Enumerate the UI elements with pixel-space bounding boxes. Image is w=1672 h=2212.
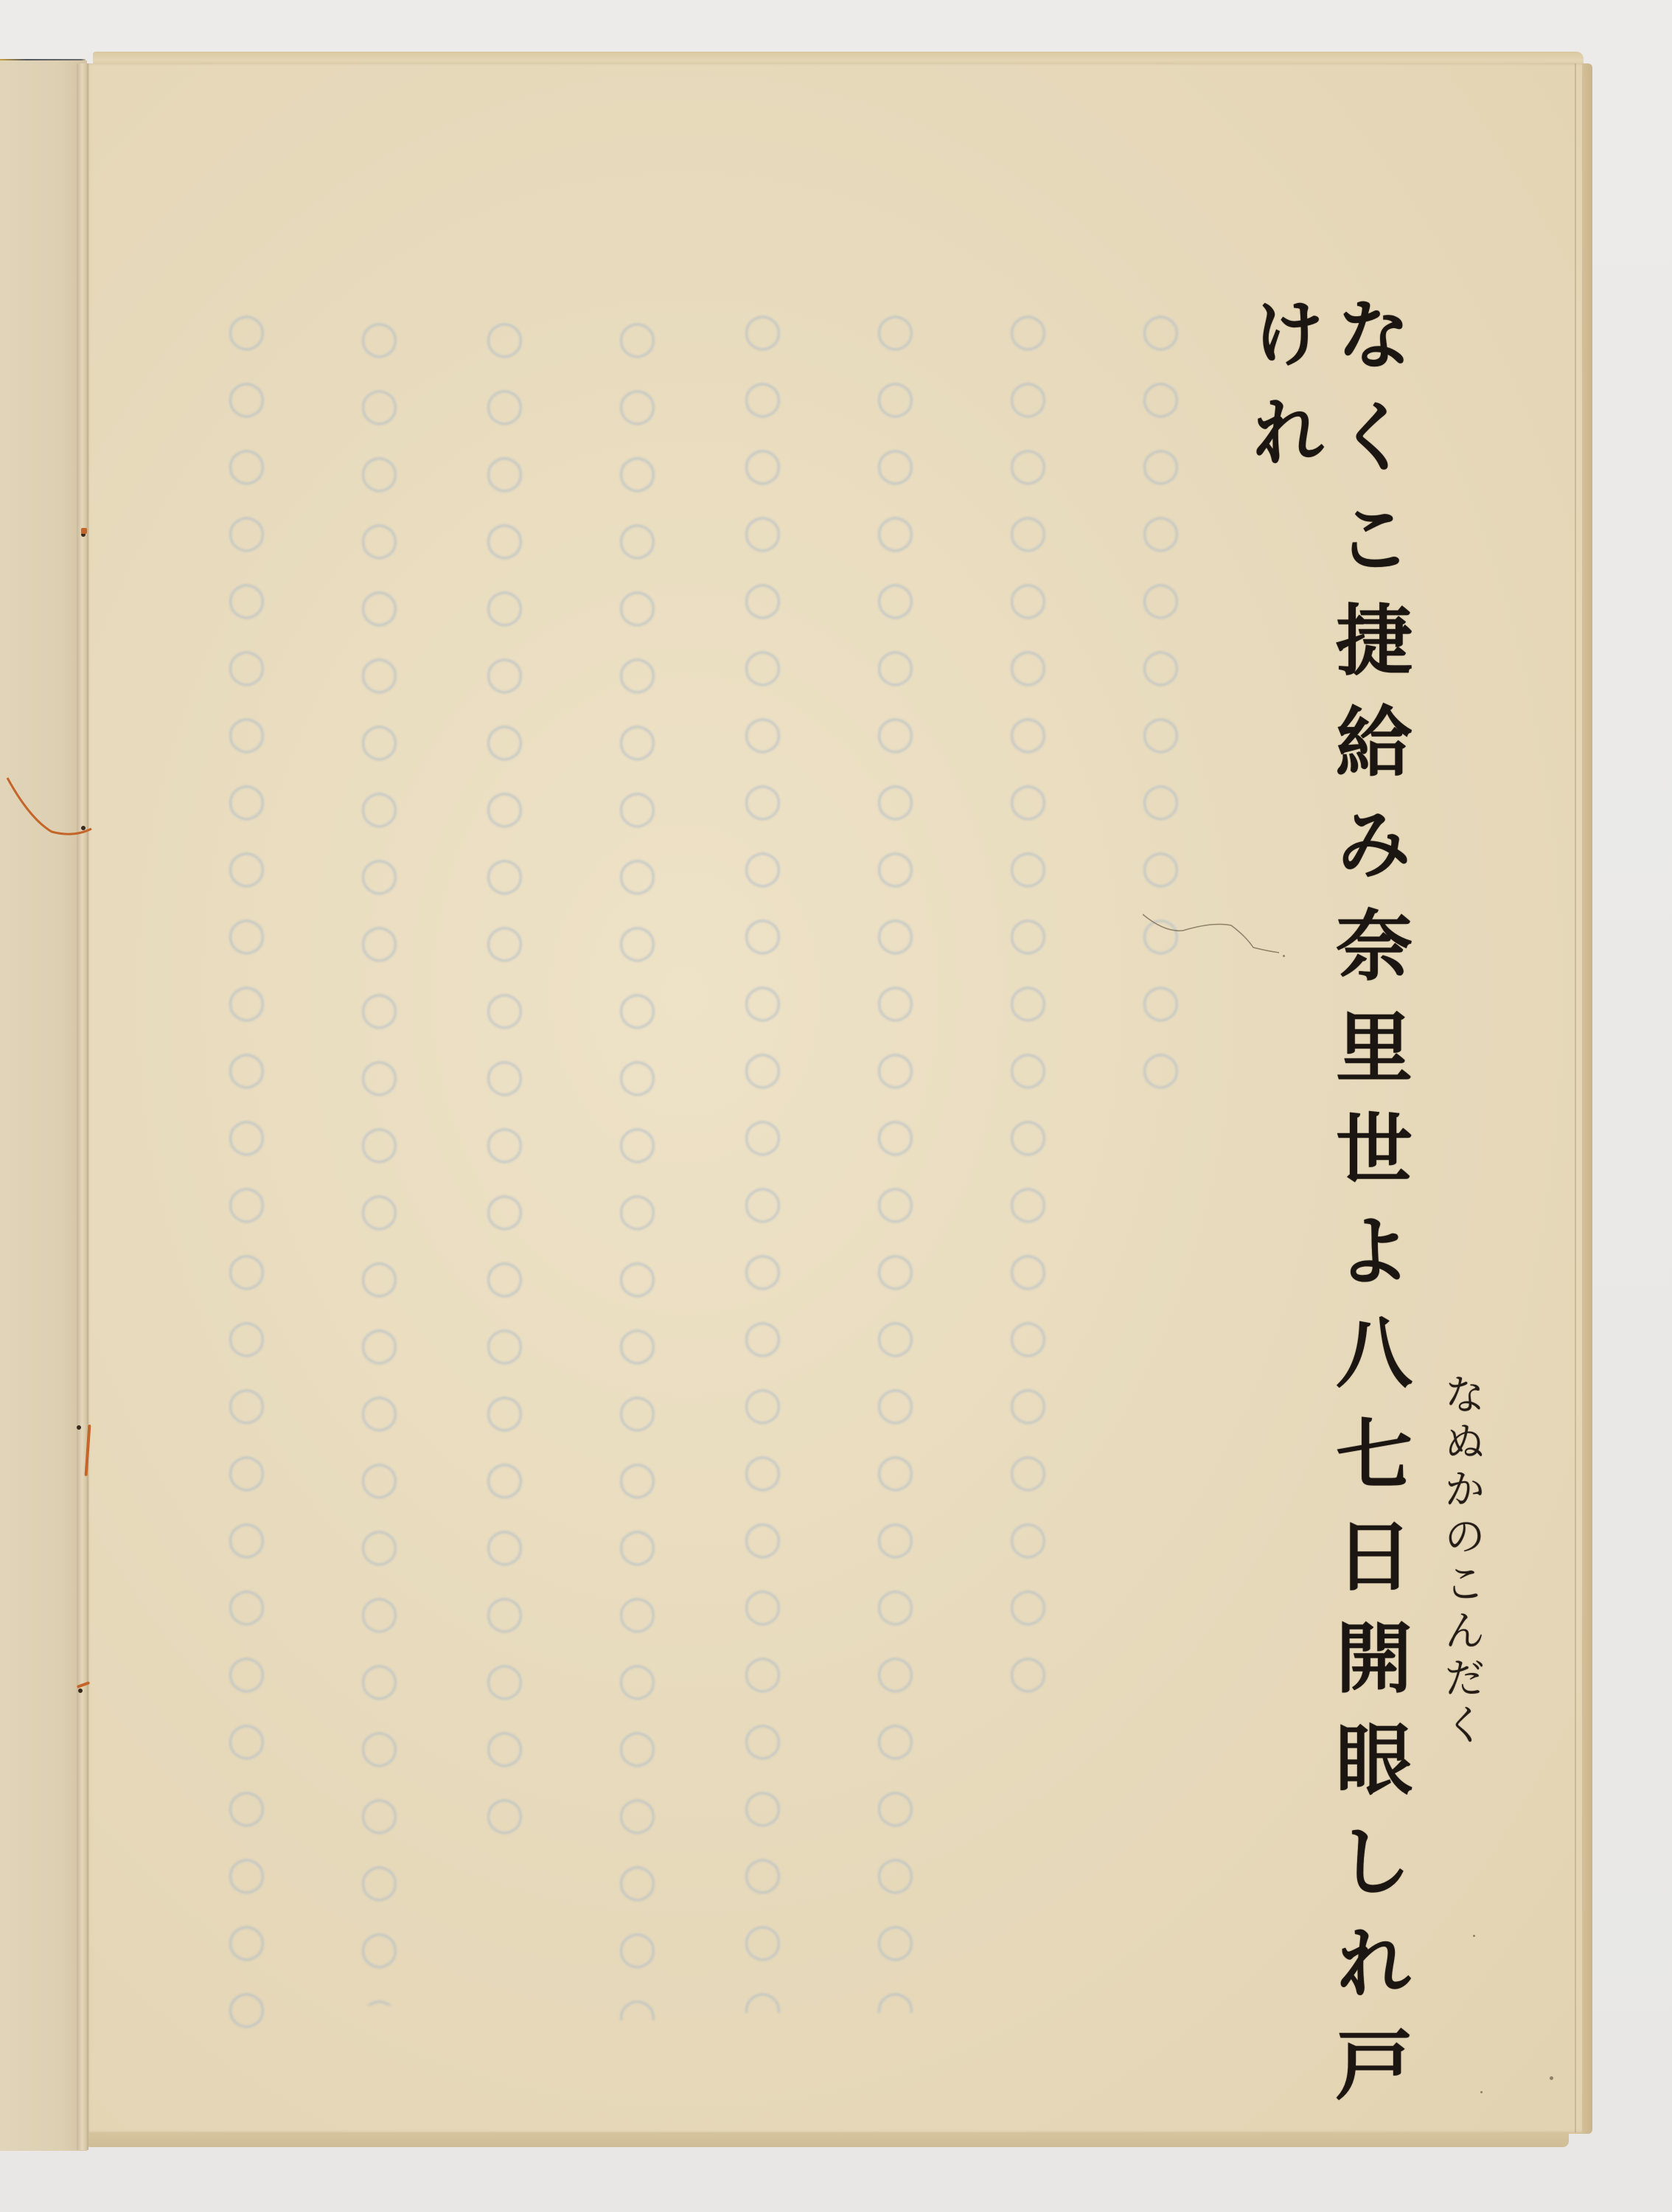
binding-thread bbox=[81, 528, 87, 534]
bleed-through-column: ○○○○○○○○○○○○○○○○○○○○○○○○○○ bbox=[354, 310, 405, 2006]
bleed-through-column: ○○○○○○○○○○○○○○○○○○○○○○○○○○○ bbox=[737, 302, 789, 2013]
bleed-through-column: ○○○○○○○○○○○○○○○ bbox=[1135, 302, 1187, 1113]
main-text-column-2: けれ bbox=[1242, 295, 1323, 493]
main-text-column-1: なくこ捷給み奈里世よ八七日開眼しれ戸 bbox=[1327, 295, 1408, 2126]
paper-fiber bbox=[1143, 907, 1290, 959]
ruby-annotation: なぬかのこんだく bbox=[1432, 1373, 1491, 1750]
page-edge-line bbox=[1575, 63, 1576, 2132]
book-spine-gutter bbox=[77, 63, 88, 2150]
binding-thread-loose bbox=[0, 774, 96, 841]
bleed-through-column: ○○○○○○○○○○○○○○○○○○○○○○○○○○○ bbox=[612, 310, 663, 2020]
paper-speck bbox=[1473, 1935, 1475, 1937]
paper-speck bbox=[1550, 2076, 1553, 2080]
bleed-through-column: ○○○○○○○○○○○○○○○○○○○○○○○○○○○ bbox=[870, 302, 922, 2013]
bleed-through-column: ○○○○○○○○○○○○○○○○○○○○○○○○○○○ bbox=[221, 302, 273, 2035]
bleed-through-column: ○○○○○○○○○○○○○○○○○○○○○○○○○○○ bbox=[479, 310, 531, 1858]
left-page bbox=[0, 60, 87, 2151]
paper-speck bbox=[1480, 2091, 1483, 2093]
stitch-hole bbox=[78, 1688, 83, 1693]
bleed-through-column: ○○○○○○○○○○○○○○○○○○○○○○○○○○ bbox=[1003, 302, 1054, 1703]
stitch-hole bbox=[77, 1425, 81, 1430]
paper-speck bbox=[1283, 955, 1285, 957]
